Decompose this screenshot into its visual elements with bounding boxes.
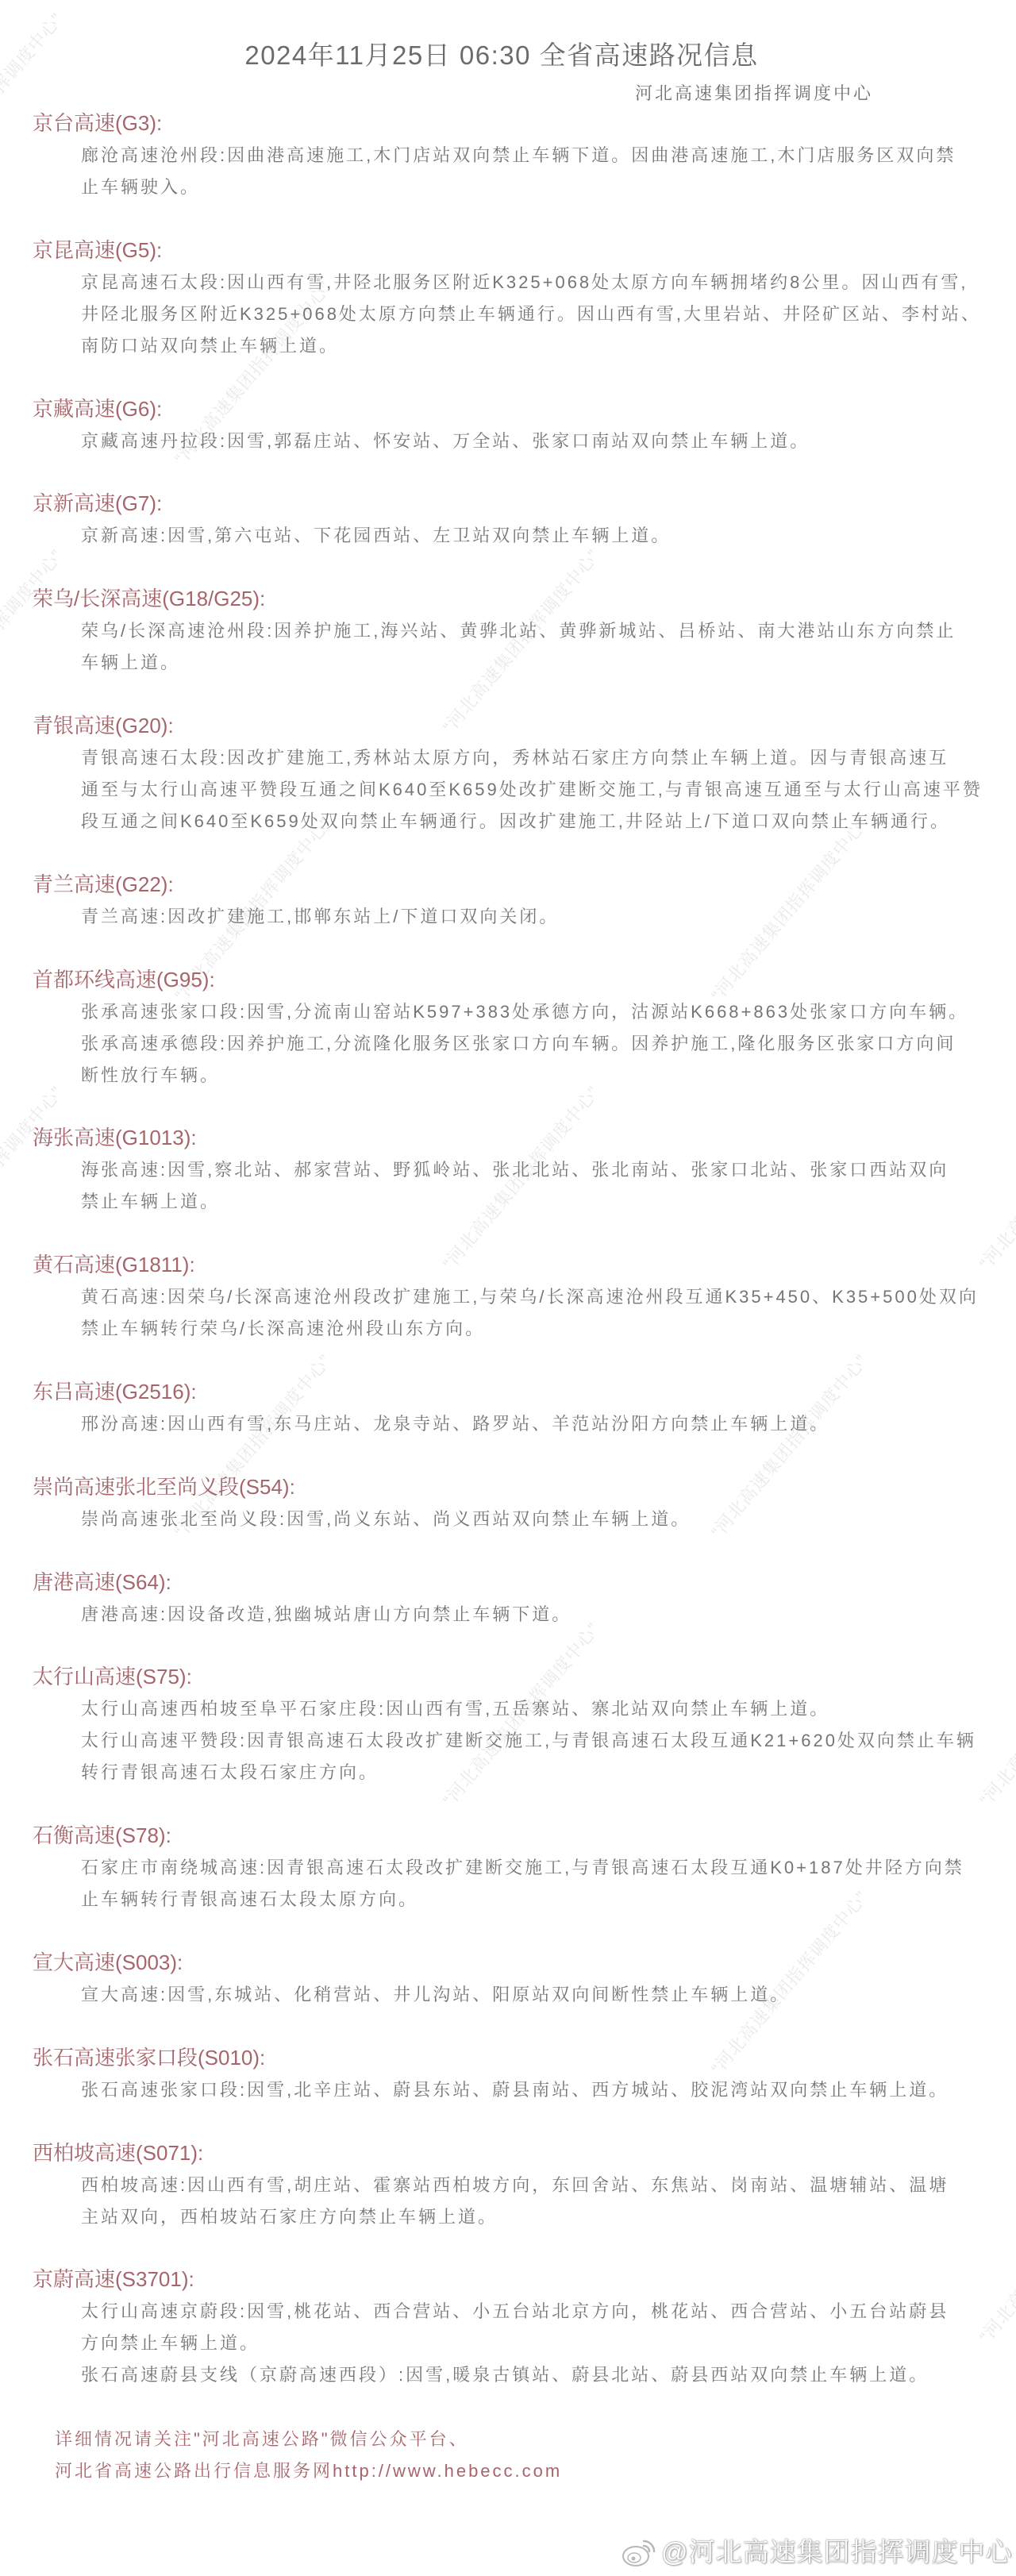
paragraph-line: 转行青银高速石太段石家庄方向。 — [81, 1757, 1016, 1789]
section-heading: 青兰高速(G22): — [33, 868, 1016, 900]
status-paragraph: 太行山高速平赞段:因青银高速石太段改扩建断交施工,与青银高速石太段互通K21+6… — [0, 1725, 1016, 1789]
paragraph-line: 通至与太行山高速平赞段互通之间K640至K659处改扩建断交施工,与青银高速互通… — [81, 774, 1016, 806]
status-paragraph: 唐港高速:因设备改造,独幽城站唐山方向禁止车辆下道。 — [0, 1599, 1016, 1631]
weibo-watermark: @河北高速集团指挥调度中心 — [622, 2535, 1013, 2570]
status-paragraph: 邢汾高速:因山西有雪,东马庄站、龙泉寺站、路罗站、羊范站汾阳方向禁止车辆上道。 — [0, 1408, 1016, 1440]
footer-line-wechat: 详细情况请关注"河北高速公路"微信公众平台、 — [55, 2424, 1016, 2455]
paragraph-line: 段互通之间K640至K659处双向禁止车辆通行。因改扩建施工,井陉站上/下道口双… — [81, 806, 1016, 837]
section-heading: 唐港高速(S64): — [33, 1566, 1016, 1598]
highway-section-g95: 首都环线高速(G95): 张承高速张家口段:因雪,分流南山窑站K597+383处… — [0, 964, 1016, 1092]
paragraph-line: 京藏高速丹拉段:因雪,郭磊庄站、怀安站、万全站、张家口南站双向禁止车辆上道。 — [81, 425, 1016, 457]
paragraph-line: 京昆高速石太段:因山西有雪,井陉北服务区附近K325+068处太原方向车辆拥堵约… — [81, 267, 1016, 298]
section-heading: 东吕高速(G2516): — [33, 1376, 1016, 1407]
paragraph-line: 唐港高速:因设备改造,独幽城站唐山方向禁止车辆下道。 — [81, 1599, 1016, 1631]
section-heading: 京台高速(G3): — [33, 107, 1016, 139]
paragraph-line: 西柏坡高速:因山西有雪,胡庄站、霍寨站西柏坡方向，东回舍站、东焦站、岗南站、温塘… — [81, 2170, 1016, 2201]
highway-section-g22: 青兰高速(G22): 青兰高速:因改扩建施工,邯郸东站上/下道口双向关闭。 — [0, 868, 1016, 933]
status-paragraph: 太行山高速京蔚段:因雪,桃花站、西合营站、小五台站北京方向，桃花站、西合营站、小… — [0, 2296, 1016, 2359]
highway-section-s75: 太行山高速(S75): 太行山高速西柏坡至阜平石家庄段:因山西有雪,五岳寨站、寨… — [0, 1661, 1016, 1789]
paragraph-line: 廊沧高速沧州段:因曲港高速施工,木门店站双向禁止车辆下道。因曲港高速施工,木门店… — [81, 140, 1016, 171]
paragraph-line: 崇尚高速张北至尚义段:因雪,尚义东站、尚义西站双向禁止车辆上道。 — [81, 1504, 1016, 1535]
paragraph-line: 黄石高速:因荣乌/长深高速沧州段改扩建施工,与荣乌/长深高速沧州段互通K35+4… — [81, 1281, 1016, 1313]
paragraph-line: 止车辆驶入。 — [81, 171, 1016, 203]
footer-line-website: 河北省高速公路出行信息服务网http://www.hebecc.com — [55, 2455, 1016, 2487]
paragraph-line: 井陉北服务区附近K325+068处太原方向禁止车辆通行。因山西有雪,大里岩站、井… — [81, 298, 1016, 330]
section-heading: 荣乌/长深高速(G18/G25): — [33, 583, 1016, 614]
section-heading: 青银高速(G20): — [33, 710, 1016, 741]
paragraph-line: 海张高速:因雪,察北站、郝家营站、野狐岭站、张北北站、张北南站、张家口北站、张家… — [81, 1154, 1016, 1186]
status-paragraph: 荣乌/长深高速沧州段:因养护施工,海兴站、黄骅北站、黄骅新城站、吕桥站、南大港站… — [0, 615, 1016, 679]
status-paragraph: 海张高速:因雪,察北站、郝家营站、野狐岭站、张北北站、张北南站、张家口北站、张家… — [0, 1154, 1016, 1218]
highway-section-s54: 崇尚高速张北至尚义段(S54): 崇尚高速张北至尚义段:因雪,尚义东站、尚义西站… — [0, 1471, 1016, 1535]
paragraph-line: 京新高速:因雪,第六屯站、下花园西站、左卫站双向禁止车辆上道。 — [81, 520, 1016, 552]
road-status-list: 京台高速(G3): 廊沧高速沧州段:因曲港高速施工,木门店站双向禁止车辆下道。因… — [0, 107, 1016, 2487]
status-paragraph: 西柏坡高速:因山西有雪,胡庄站、霍寨站西柏坡方向，东回舍站、东焦站、岗南站、温塘… — [0, 2170, 1016, 2233]
status-paragraph: 太行山高速西柏坡至阜平石家庄段:因山西有雪,五岳寨站、寨北站双向禁止车辆上道。 — [0, 1693, 1016, 1725]
paragraph-line: 张承高速承德段:因养护施工,分流隆化服务区张家口方向车辆。因养护施工,隆化服务区… — [81, 1028, 1016, 1060]
paragraph-line: 止车辆转行青银高速石太段太原方向。 — [81, 1884, 1016, 1916]
paragraph-line: 车辆上道。 — [81, 647, 1016, 679]
status-paragraph: 宣大高速:因雪,东城站、化稍营站、井儿沟站、阳原站双向间断性禁止车辆上道。 — [0, 1979, 1016, 2011]
status-paragraph: 青银高速石太段:因改扩建施工,秀林站太原方向，秀林站石家庄方向禁止车辆上道。因与… — [0, 742, 1016, 837]
paragraph-line: 青兰高速:因改扩建施工,邯郸东站上/下道口双向关闭。 — [81, 901, 1016, 933]
paragraph-line: 张石高速蔚县支线（京蔚高速西段）:因雪,暖泉古镇站、蔚县北站、蔚县西站双向禁止车… — [81, 2359, 1016, 2391]
paragraph-line: 断性放行车辆。 — [81, 1060, 1016, 1092]
highway-section-g6: 京藏高速(G6): 京藏高速丹拉段:因雪,郭磊庄站、怀安站、万全站、张家口南站双… — [0, 393, 1016, 457]
highway-section-s78: 石衡高速(S78): 石家庄市南绕城高速:因青银高速石太段改扩建断交施工,与青银… — [0, 1819, 1016, 1916]
status-paragraph: 京昆高速石太段:因山西有雪,井陉北服务区附近K325+068处太原方向车辆拥堵约… — [0, 267, 1016, 362]
highway-section-s64: 唐港高速(S64): 唐港高速:因设备改造,独幽城站唐山方向禁止车辆下道。 — [0, 1566, 1016, 1631]
section-heading: 张石高速张家口段(S010): — [33, 2042, 1016, 2074]
highway-section-g20: 青银高速(G20): 青银高速石太段:因改扩建施工,秀林站太原方向，秀林站石家庄… — [0, 710, 1016, 837]
status-paragraph: 廊沧高速沧州段:因曲港高速施工,木门店站双向禁止车辆下道。因曲港高速施工,木门店… — [0, 140, 1016, 203]
highway-section-g1013: 海张高速(G1013): 海张高速:因雪,察北站、郝家营站、野狐岭站、张北北站、… — [0, 1122, 1016, 1218]
paragraph-line: 太行山高速平赞段:因青银高速石太段改扩建断交施工,与青银高速石太段互通K21+6… — [81, 1725, 1016, 1757]
status-paragraph: 张石高速张家口段:因雪,北辛庄站、蔚县东站、蔚县南站、西方城站、胶泥湾站双向禁止… — [0, 2074, 1016, 2106]
section-heading: 太行山高速(S75): — [33, 1661, 1016, 1692]
paragraph-line: 主站双向，西柏坡站石家庄方向禁止车辆上道。 — [81, 2201, 1016, 2233]
highway-section-g2516: 东吕高速(G2516): 邢汾高速:因山西有雪,东马庄站、龙泉寺站、路罗站、羊范… — [0, 1376, 1016, 1440]
status-paragraph: 京新高速:因雪,第六屯站、下花园西站、左卫站双向禁止车辆上道。 — [0, 520, 1016, 552]
road-status-notice: “河北高速集团指挥调度中心” “河北高速集团指挥调度中心” “河北高速集团指挥调… — [0, 0, 1016, 2576]
paragraph-line: 石家庄市南绕城高速:因青银高速石太段改扩建断交施工,与青银高速石太段互通K0+1… — [81, 1852, 1016, 1884]
footer-note: 详细情况请关注"河北高速公路"微信公众平台、 河北省高速公路出行信息服务网htt… — [55, 2424, 1016, 2487]
highway-section-g18-g25: 荣乌/长深高速(G18/G25): 荣乌/长深高速沧州段:因养护施工,海兴站、黄… — [0, 583, 1016, 679]
paragraph-line: 方向禁止车辆上道。 — [81, 2328, 1016, 2359]
highway-section-g7: 京新高速(G7): 京新高速:因雪,第六屯站、下花园西站、左卫站双向禁止车辆上道… — [0, 487, 1016, 552]
section-heading: 石衡高速(S78): — [33, 1819, 1016, 1851]
page-title: 2024年11月25日 06:30 全省高速路况信息 — [0, 40, 1003, 71]
paragraph-line: 南防口站双向禁止车辆上道。 — [81, 330, 1016, 362]
section-heading: 京蔚高速(S3701): — [33, 2263, 1016, 2295]
paragraph-line: 宣大高速:因雪,东城站、化稍营站、井儿沟站、阳原站双向间断性禁止车辆上道。 — [81, 1979, 1016, 2011]
highway-section-g5: 京昆高速(G5): 京昆高速石太段:因山西有雪,井陉北服务区附近K325+068… — [0, 234, 1016, 362]
status-paragraph: 张石高速蔚县支线（京蔚高速西段）:因雪,暖泉古镇站、蔚县北站、蔚县西站双向禁止车… — [0, 2359, 1016, 2391]
status-paragraph: 张承高速张家口段:因雪,分流南山窑站K597+383处承德方向，沽源站K668+… — [0, 996, 1016, 1028]
highway-section-g1811: 黄石高速(G1811): 黄石高速:因荣乌/长深高速沧州段改扩建施工,与荣乌/长… — [0, 1249, 1016, 1345]
section-heading: 崇尚高速张北至尚义段(S54): — [33, 1471, 1016, 1503]
paragraph-line: 禁止车辆转行荣乌/长深高速沧州段山东方向。 — [81, 1313, 1016, 1345]
paragraph-line: 张石高速张家口段:因雪,北辛庄站、蔚县东站、蔚县南站、西方城站、胶泥湾站双向禁止… — [81, 2074, 1016, 2106]
highway-section-g3: 京台高速(G3): 廊沧高速沧州段:因曲港高速施工,木门店站双向禁止车辆下道。因… — [0, 107, 1016, 203]
paragraph-line: 邢汾高速:因山西有雪,东马庄站、龙泉寺站、路罗站、羊范站汾阳方向禁止车辆上道。 — [81, 1408, 1016, 1440]
paragraph-line: 禁止车辆上道。 — [81, 1186, 1016, 1218]
weibo-handle: @河北高速集团指挥调度中心 — [661, 2535, 1013, 2570]
section-heading: 京藏高速(G6): — [33, 393, 1016, 425]
section-heading: 海张高速(G1013): — [33, 1122, 1016, 1153]
paragraph-line: 太行山高速京蔚段:因雪,桃花站、西合营站、小五台站北京方向，桃花站、西合营站、小… — [81, 2296, 1016, 2328]
section-heading: 西柏坡高速(S071): — [33, 2137, 1016, 2169]
paragraph-line: 太行山高速西柏坡至阜平石家庄段:因山西有雪,五岳寨站、寨北站双向禁止车辆上道。 — [81, 1693, 1016, 1725]
section-heading: 宣大高速(S003): — [33, 1946, 1016, 1978]
paragraph-line: 张承高速张家口段:因雪,分流南山窑站K597+383处承德方向，沽源站K668+… — [81, 996, 1016, 1028]
highway-section-s071: 西柏坡高速(S071): 西柏坡高速:因山西有雪,胡庄站、霍寨站西柏坡方向，东回… — [0, 2137, 1016, 2233]
status-paragraph: 青兰高速:因改扩建施工,邯郸东站上/下道口双向关闭。 — [0, 901, 1016, 933]
weibo-logo-icon — [622, 2537, 656, 2567]
section-heading: 京昆高速(G5): — [33, 234, 1016, 266]
status-paragraph: 崇尚高速张北至尚义段:因雪,尚义东站、尚义西站双向禁止车辆上道。 — [0, 1504, 1016, 1535]
source-label: 河北高速集团指挥调度中心 — [635, 79, 873, 108]
paragraph-line: 荣乌/长深高速沧州段:因养护施工,海兴站、黄骅北站、黄骅新城站、吕桥站、南大港站… — [81, 615, 1016, 647]
highway-section-s003: 宣大高速(S003): 宣大高速:因雪,东城站、化稍营站、井儿沟站、阳原站双向间… — [0, 1946, 1016, 2011]
status-paragraph: 石家庄市南绕城高速:因青银高速石太段改扩建断交施工,与青银高速石太段互通K0+1… — [0, 1852, 1016, 1916]
section-heading: 京新高速(G7): — [33, 487, 1016, 519]
status-paragraph: 京藏高速丹拉段:因雪,郭磊庄站、怀安站、万全站、张家口南站双向禁止车辆上道。 — [0, 425, 1016, 457]
status-paragraph: 黄石高速:因荣乌/长深高速沧州段改扩建施工,与荣乌/长深高速沧州段互通K35+4… — [0, 1281, 1016, 1345]
highway-section-s010: 张石高速张家口段(S010): 张石高速张家口段:因雪,北辛庄站、蔚县东站、蔚县… — [0, 2042, 1016, 2106]
section-heading: 黄石高速(G1811): — [33, 1249, 1016, 1280]
highway-section-s3701: 京蔚高速(S3701): 太行山高速京蔚段:因雪,桃花站、西合营站、小五台站北京… — [0, 2263, 1016, 2391]
section-heading: 首都环线高速(G95): — [33, 964, 1016, 995]
status-paragraph: 张承高速承德段:因养护施工,分流隆化服务区张家口方向车辆。因养护施工,隆化服务区… — [0, 1028, 1016, 1092]
paragraph-line: 青银高速石太段:因改扩建施工,秀林站太原方向，秀林站石家庄方向禁止车辆上道。因与… — [81, 742, 1016, 774]
